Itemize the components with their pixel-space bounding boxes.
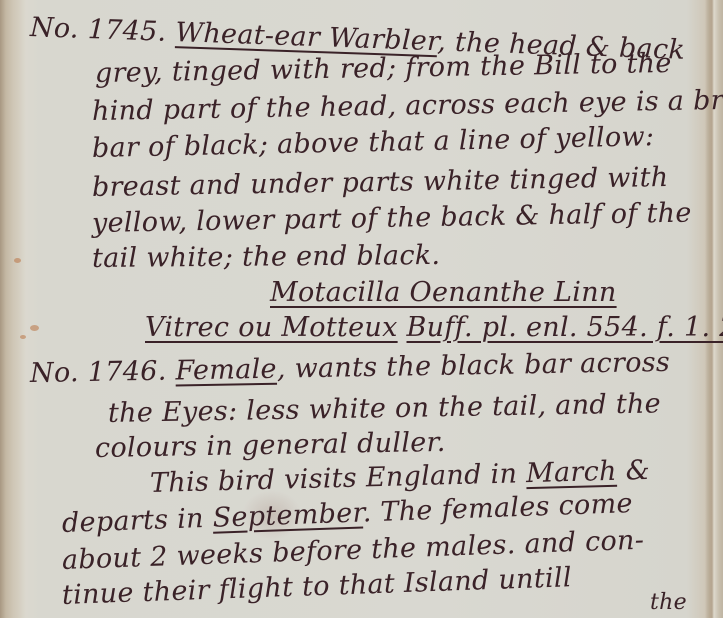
book-binding-shadow	[0, 0, 26, 618]
note-month: September	[212, 498, 363, 534]
entry-1745-line-2: grey, tinged with red; from the Bill to …	[95, 48, 672, 89]
entry-1746-line-1: No. 1746. Female, wants the black bar ac…	[30, 347, 671, 389]
entry-title: Female	[175, 354, 277, 387]
foxing-stain	[20, 335, 26, 339]
latin-name: Motacilla Oenanthe Linn	[270, 277, 617, 308]
entry-title: Wheat-ear Warbler	[175, 17, 438, 57]
note-text: . The females come	[362, 488, 633, 528]
entry-1746-line-2: the Eyes: less white on the tail, and th…	[108, 388, 661, 429]
note-text: departs in	[61, 503, 213, 539]
citation: Buff. pl. enl. 554. f. 1. 2.	[407, 312, 723, 343]
entry-1745-line-7: tail white; the end black.	[92, 240, 441, 274]
note-month: March	[526, 456, 617, 489]
entry-text: , wants the black bar across	[277, 347, 671, 385]
french-name: Vitrec ou Motteux	[145, 312, 398, 343]
foxing-stain	[14, 258, 21, 263]
note-line-5: the	[650, 590, 687, 615]
entry-1745-line-5: breast and under parts white tinged with	[92, 162, 669, 203]
entry-number: No. 1746.	[30, 356, 167, 389]
manuscript-photo: No. 1745. Wheat-ear Warbler, the head & …	[0, 0, 723, 618]
entry-number: No. 1745.	[29, 12, 167, 48]
entry-1745-line-4: bar of black; above that a line of yello…	[92, 121, 655, 164]
reference-line: Vitrec ou Motteux Buff. pl. enl. 554. f.…	[145, 312, 723, 343]
entry-1745-line-6: yellow, lower part of the back & half of…	[92, 198, 692, 239]
foxing-stain	[30, 325, 39, 331]
note-text: &	[616, 455, 650, 487]
entry-1745-line-3: hind part of the head, across each eye i…	[92, 84, 723, 127]
entry-1746-line-3: colours in general duller.	[95, 427, 446, 464]
